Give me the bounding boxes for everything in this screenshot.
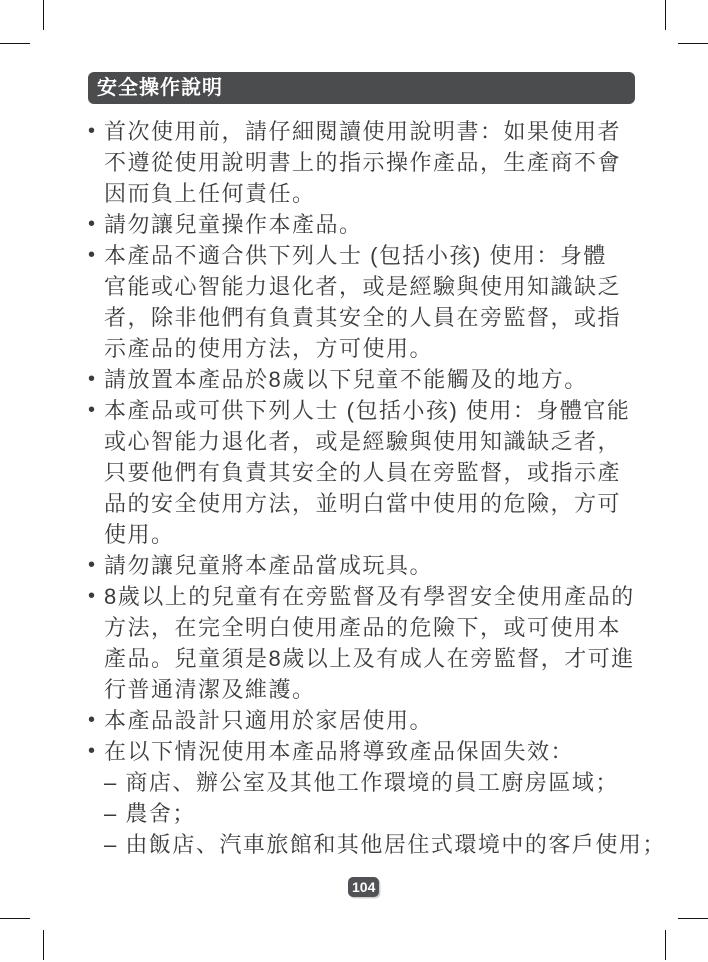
text-line: 使用。 [88, 519, 708, 550]
text-line: 只要他們有負責其安全的人員在旁監督，或指示產 [88, 457, 708, 488]
text-line: •在以下情況使用本產品將導致產品保固失效： [88, 736, 708, 767]
line-text: 官能或心智能力退化者，或是經驗與使用知識缺乏 [104, 271, 621, 302]
bullet-marker [88, 643, 104, 674]
bullet-marker [88, 457, 104, 488]
line-text: 示產品的使用方法，方可使用。 [104, 333, 433, 364]
bullet-marker [88, 271, 104, 302]
crop-mark-bottom-left-horizontal [0, 918, 30, 919]
line-text: – 由飯店、汽車旅館和其他居住式環境中的客戶使用； [104, 829, 666, 860]
sub-item-line: – 商店、辦公室及其他工作環境的員工廚房區域； [88, 767, 708, 798]
text-line: 方法，在完全明白使用產品的危險下，或可使用本 [88, 612, 708, 643]
text-line: •本產品不適合供下列人士 (包括小孩) 使用：身體 [88, 240, 708, 271]
line-text: 請勿讓兒童操作本產品。 [104, 209, 363, 240]
bullet-marker [88, 767, 104, 798]
text-line: •8歲以上的兒童有在旁監督及有學習安全使用產品的 [88, 581, 708, 612]
line-text: 品的安全使用方法，並明白當中使用的危險，方可 [104, 488, 621, 519]
bullet-marker: • [88, 550, 104, 581]
line-text: 在以下情況使用本產品將導致產品保固失效： [104, 736, 574, 767]
line-text: 行普通清潔及維護。 [104, 674, 316, 705]
text-line: •首次使用前，請仔細閱讀使用說明書：如果使用者 [88, 116, 708, 147]
crop-mark-top-left-horizontal [0, 43, 30, 44]
bullet-marker [88, 426, 104, 457]
text-line: •請放置本產品於8歲以下兒童不能觸及的地方。 [88, 364, 708, 395]
line-text: 請勿讓兒童將本產品當成玩具。 [104, 550, 433, 581]
text-line: 產品。兒童須是8歲以上及有成人在旁監督，才可進 [88, 643, 708, 674]
bullet-marker [88, 829, 104, 860]
bullet-marker [88, 147, 104, 178]
bullet-marker [88, 612, 104, 643]
line-text: 或心智能力退化者，或是經驗與使用知識缺乏者， [104, 426, 621, 457]
line-text: 者，除非他們有負責其安全的人員在旁監督，或指 [104, 302, 621, 333]
line-text: 不遵從使用說明書上的指示操作產品，生產商不會 [104, 147, 621, 178]
line-text: – 農舍； [104, 798, 196, 829]
crop-mark-bottom-right-horizontal [678, 918, 708, 919]
text-line: 因而負上任何責任。 [88, 178, 708, 209]
line-text: 方法，在完全明白使用產品的危險下，或可使用本 [104, 612, 621, 643]
bullet-marker [88, 333, 104, 364]
line-text: 請放置本產品於8歲以下兒童不能觸及的地方。 [104, 364, 588, 395]
text-line: 者，除非他們有負責其安全的人員在旁監督，或指 [88, 302, 708, 333]
text-line: 示產品的使用方法，方可使用。 [88, 333, 708, 364]
text-line: •請勿讓兒童將本產品當成玩具。 [88, 550, 708, 581]
bullet-marker [88, 302, 104, 333]
text-line: •本產品或可供下列人士 (包括小孩) 使用：身體官能 [88, 395, 708, 426]
bullet-marker: • [88, 116, 104, 147]
text-line: •本產品設計只適用於家居使用。 [88, 705, 708, 736]
bullet-marker: • [88, 581, 104, 612]
line-text: 本產品或可供下列人士 (包括小孩) 使用：身體官能 [104, 395, 630, 426]
safety-instructions: •首次使用前，請仔細閱讀使用說明書：如果使用者 不遵從使用說明書上的指示操作產品… [88, 116, 708, 860]
line-text: 產品。兒童須是8歲以上及有成人在旁監督，才可進 [104, 643, 635, 674]
crop-mark-bottom-left-vertical [43, 930, 44, 960]
line-text: 只要他們有負責其安全的人員在旁監督，或指示產 [104, 457, 621, 488]
bullet-marker: • [88, 736, 104, 767]
crop-mark-bottom-right-vertical [665, 930, 666, 960]
text-line: 不遵從使用說明書上的指示操作產品，生產商不會 [88, 147, 708, 178]
page-number-badge: 104 [348, 877, 379, 897]
line-text: 本產品設計只適用於家居使用。 [104, 705, 433, 736]
line-text: 8歲以上的兒童有在旁監督及有學習安全使用產品的 [104, 581, 635, 612]
line-text: 使用。 [104, 519, 175, 550]
bullet-marker [88, 178, 104, 209]
line-text: – 商店、辦公室及其他工作環境的員工廚房區域； [104, 767, 619, 798]
section-title: 安全操作說明 [97, 77, 223, 99]
line-text: 首次使用前，請仔細閱讀使用說明書：如果使用者 [104, 116, 621, 147]
bullet-marker [88, 488, 104, 519]
text-line: 官能或心智能力退化者，或是經驗與使用知識缺乏 [88, 271, 708, 302]
text-line: 行普通清潔及維護。 [88, 674, 708, 705]
crop-mark-top-left-vertical [43, 0, 44, 30]
text-line: 品的安全使用方法，並明白當中使用的危險，方可 [88, 488, 708, 519]
bullet-marker: • [88, 209, 104, 240]
manual-page: 安全操作說明 •首次使用前，請仔細閱讀使用說明書：如果使用者 不遵從使用說明書上… [0, 0, 708, 962]
bullet-marker: • [88, 705, 104, 736]
text-line: •請勿讓兒童操作本產品。 [88, 209, 708, 240]
bullet-marker [88, 519, 104, 550]
bullet-marker [88, 674, 104, 705]
section-header: 安全操作說明 [88, 72, 635, 104]
line-text: 因而負上任何責任。 [104, 178, 316, 209]
bullet-marker: • [88, 240, 104, 271]
crop-mark-top-right-horizontal [678, 43, 708, 44]
bullet-marker: • [88, 364, 104, 395]
crop-mark-top-right-vertical [665, 0, 666, 30]
line-text: 本產品不適合供下列人士 (包括小孩) 使用：身體 [104, 240, 607, 271]
sub-item-line: – 由飯店、汽車旅館和其他居住式環境中的客戶使用； [88, 829, 708, 860]
bullet-marker [88, 798, 104, 829]
sub-item-line: – 農舍； [88, 798, 708, 829]
text-line: 或心智能力退化者，或是經驗與使用知識缺乏者， [88, 426, 708, 457]
bullet-marker: • [88, 395, 104, 426]
